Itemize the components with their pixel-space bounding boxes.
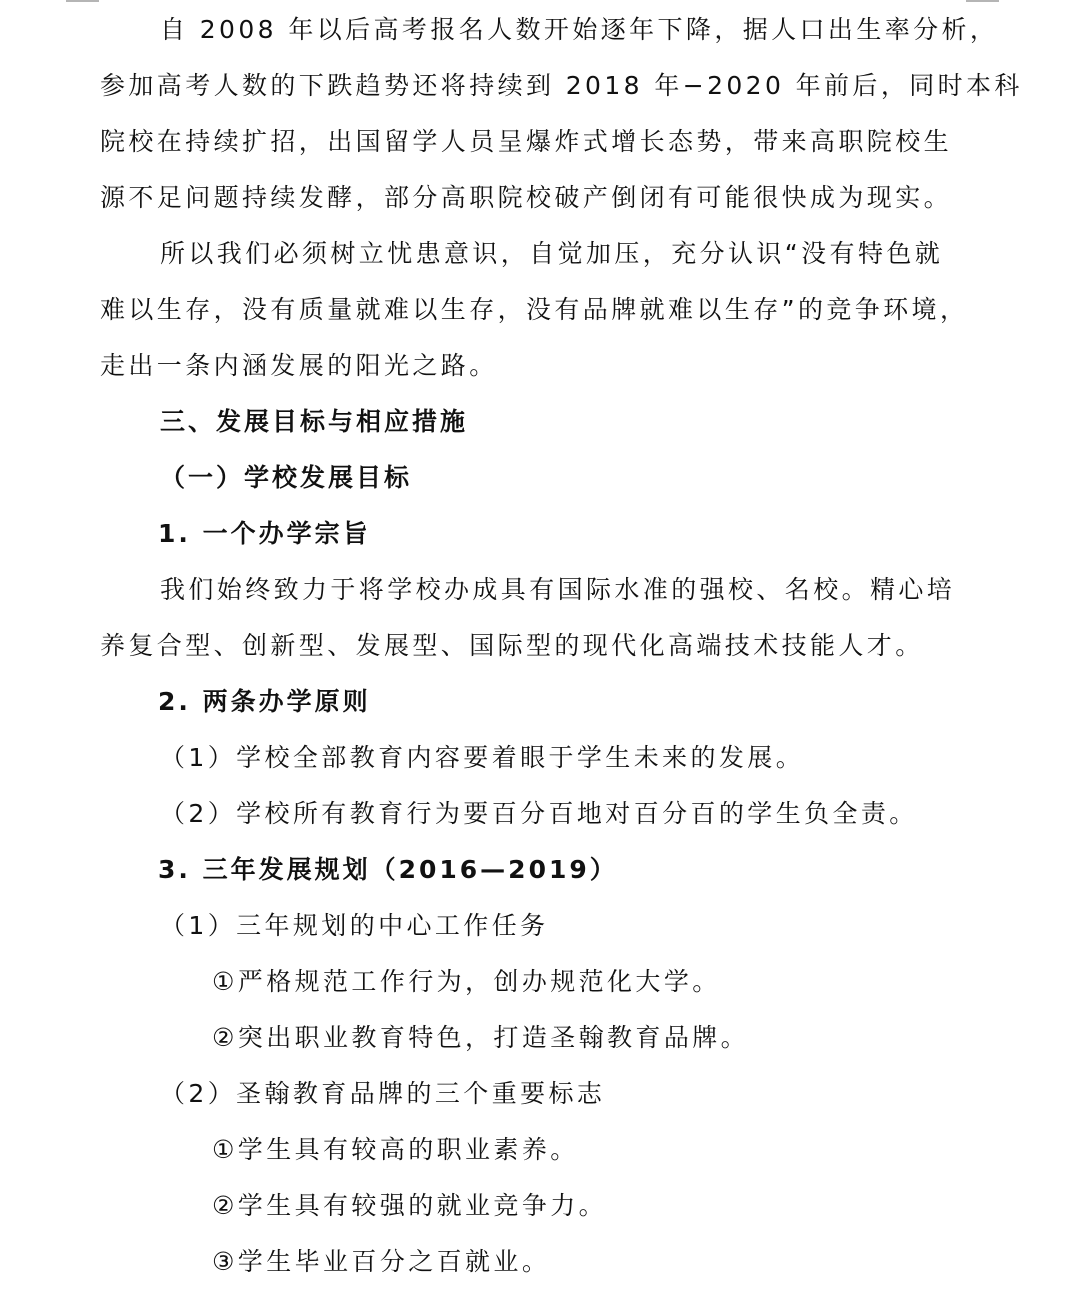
sub-heading: （1）三年规划的中心工作任务 (160, 910, 549, 942)
paragraph-line: 养复合型、创新型、发展型、国际型的现代化高端技术技能人才。 (100, 630, 924, 662)
brand-mark-item: ②学生具有较强的就业竞争力。 (212, 1190, 607, 1222)
item-heading-1: 1. 一个办学宗旨 (158, 518, 371, 550)
paragraph-line: 自 2008 年以后高考报名人数开始逐年下降，据人口出生率分析， (160, 14, 998, 46)
brand-mark-item: ③学生毕业百分之百就业。 (212, 1246, 550, 1278)
paragraph-line: 所以我们必须树立忧患意识，自觉加压，充分认识“没有特色就 (160, 238, 943, 270)
item-heading-2: 2. 两条办学原则 (158, 686, 371, 718)
paragraph-line: 院校在持续扩招，出国留学人员呈爆炸式增长态势，带来高职院校生 (100, 126, 952, 158)
paragraph-line: 难以生存，没有质量就难以生存，没有品牌就难以生存”的竞争环境， (100, 294, 968, 326)
task-item: ①严格规范工作行为，创办规范化大学。 (212, 966, 721, 998)
principle-item: （2）学校所有教育行为要百分百地对百分百的学生负全责。 (160, 798, 918, 830)
paragraph-line: 我们始终致力于将学校办成具有国际水准的强校、名校。精心培 (160, 574, 955, 606)
item-heading-3: 3. 三年发展规划（2016—2019） (158, 854, 618, 886)
principle-item: （1）学校全部教育内容要着眼于学生未来的发展。 (160, 742, 804, 774)
sub-heading: （2）圣翰教育品牌的三个重要标志 (160, 1078, 605, 1110)
task-item: ②突出职业教育特色，打造圣翰教育品牌。 (212, 1022, 749, 1054)
subsection-heading: （一）学校发展目标 (160, 462, 412, 494)
page-corner-mark-left (66, 0, 99, 2)
paragraph-line: 参加高考人数的下跌趋势还将持续到 2018 年−2020 年前后，同时本科 (100, 70, 1023, 102)
page-corner-mark-right (966, 0, 999, 2)
section-heading: 三、发展目标与相应措施 (160, 406, 468, 438)
paragraph-line: 源不足问题持续发酵，部分高职院校破产倒闭有可能很快成为现实。 (100, 182, 952, 214)
paragraph-line: 走出一条内涵发展的阳光之路。 (100, 350, 498, 382)
brand-mark-item: ①学生具有较高的职业素养。 (212, 1134, 579, 1166)
